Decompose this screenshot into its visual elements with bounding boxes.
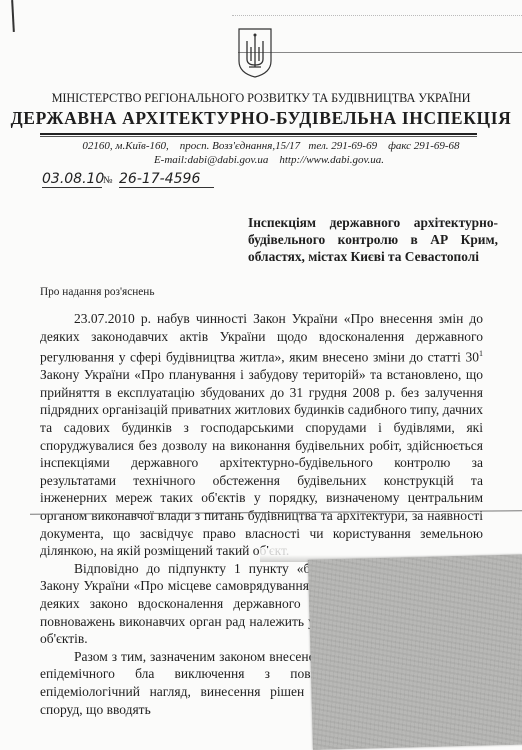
paragraph-1: 23.07.2010 р. набув чинності Закон Украї… [40, 310, 483, 560]
header-divider [40, 133, 477, 135]
address-line: 02160, м.Київ-160, просп. Возз'єднання,1… [10, 140, 522, 152]
handwritten-reference-number: 26-17-4596 [119, 171, 214, 188]
recipient-block: Інспекціям державного архітектурно-будів… [248, 214, 498, 265]
ministry-name: МІНІСТЕРСТВО РЕГІОНАЛЬНОГО РОЗВИТКУ ТА Б… [0, 91, 522, 106]
contact-line: E-mail:dabi@dabi.gov.ua http://www.dabi.… [8, 154, 522, 166]
scan-artifact-rule [238, 52, 522, 53]
redacted-scan-patch [308, 554, 522, 750]
coat-of-arms-icon [237, 27, 273, 79]
letter-subject: Про надання роз'яснень [40, 286, 154, 298]
agency-name: ДЕРЖАВНА АРХІТЕКТУРНО-БУДІВЕЛЬНА ІНСПЕКЦ… [0, 108, 522, 129]
margin-pen-stroke [11, 0, 15, 32]
handwritten-date: 03.08.10 [42, 171, 102, 188]
header-divider-thin [40, 136, 477, 137]
number-sign: № [103, 175, 113, 186]
scan-artifact-line [232, 15, 522, 17]
